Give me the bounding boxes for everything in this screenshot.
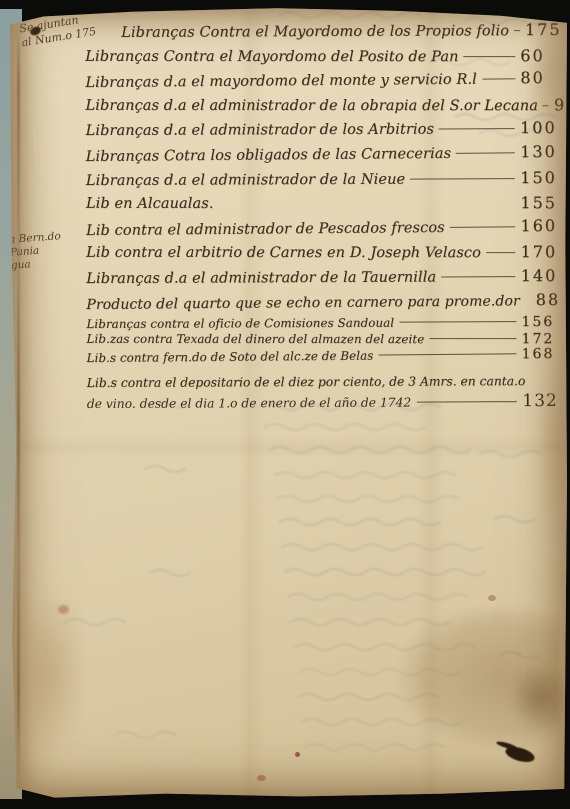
folio-number: 80 [520, 68, 556, 87]
index-entry: Libranças Contra el Mayordomo de los Pro… [85, 20, 556, 47]
leader-line [417, 401, 516, 402]
folio-number: 60 [520, 46, 556, 65]
folio-number: 140 [521, 266, 558, 285]
index-entry: Lib contra el arbitrio de Carnes en D. J… [86, 242, 557, 267]
entry-text: Lib contra el administrador de Pescados … [86, 220, 445, 239]
leader-line [482, 78, 516, 79]
index-entry: Lib.s contra fern.do de Soto del alc.ze … [87, 346, 558, 367]
index-entry: Libranças Cotra los obligados de las Car… [86, 142, 557, 171]
index-entry: Libranças d.a el administrador de la obr… [86, 95, 557, 120]
stain [15, 587, 85, 757]
entry-text: Libranças contra el oficio de Comisiones… [86, 315, 394, 330]
stain-speck [257, 775, 266, 781]
stain-speck [58, 605, 69, 614]
folio-number: 175 [525, 20, 561, 39]
index-entry: Producto del quarto que se echo en carne… [86, 289, 557, 316]
leader-line [456, 152, 515, 154]
index-entry-final: Lib.s contra el depositario de el diez p… [87, 374, 558, 413]
entry-text: Lib en Alcaualas. [86, 196, 214, 212]
entry-text-line2: de vino. desde el dia 1.o de enero de el… [87, 396, 411, 411]
entry-text: Producto del quarto que se echo en carne… [86, 293, 520, 313]
leader-line [450, 226, 516, 228]
index-entry: Libranças d.a el administrador de la Nie… [86, 168, 557, 195]
stain [400, 607, 560, 747]
index-entry: Libranças Contra el Mayordomo del Posito… [85, 45, 556, 70]
index-entry: Libranças d.a el administrador de la Tau… [86, 266, 557, 293]
leader-line [486, 252, 516, 253]
leader-line [410, 178, 515, 179]
stain [508, 662, 570, 732]
folio-number: 88 [536, 289, 570, 308]
folio-number: 132 [522, 391, 558, 411]
margin-note-paniagua: a Bern.do Pania gua [9, 228, 92, 273]
leader-line [441, 276, 516, 277]
stain-speck [488, 595, 496, 601]
index-list: Libranças Contra el Mayordomo de los Pro… [85, 20, 558, 413]
entry-text: Lib contra el arbitrio de Carnes en D. J… [86, 245, 481, 261]
folio-number: 130 [520, 142, 557, 161]
entry-text: Libranças Contra el Mayordomo del Posito… [85, 48, 458, 64]
folio-number: 100 [520, 118, 557, 137]
entry-text: Libranças d.a el administrador de la Tau… [86, 269, 436, 287]
entry-text: Lib.zas contra Texada del dinero del alm… [87, 332, 425, 346]
index-entry: Libranças d.a el mayordomo del monte y s… [85, 68, 556, 97]
leader-line [543, 105, 549, 106]
folio-number: 160 [520, 216, 557, 235]
entry-text: Libranças d.a el mayordomo del monte y s… [85, 72, 477, 91]
folio-number: 168 [522, 346, 558, 362]
leader-line [399, 321, 516, 323]
leader-line [378, 353, 516, 355]
folio-number: 155 [520, 193, 557, 212]
entry-text: Lib.s contra fern.do de Soto del alc.ze … [87, 349, 374, 366]
entry-text: Libranças d.a el administrador de los Ar… [86, 122, 434, 140]
leader-line [514, 30, 520, 31]
manuscript-scan: Se ajuntan al Num.o 175 a Bern.do Pania … [0, 0, 570, 809]
index-entry: Lib en Alcaualas. 155 [86, 193, 557, 218]
entry-text: Libranças d.a el administrador de la Nie… [86, 171, 405, 188]
ink-blot [504, 744, 536, 765]
manuscript-page: Se ajuntan al Num.o 175 a Bern.do Pania … [10, 7, 567, 800]
stain-speck [295, 752, 300, 757]
entry-text: Libranças d.a el administrador de la obr… [86, 98, 538, 114]
folio-number: 170 [521, 243, 558, 262]
index-entry: Libranças d.a el administrador de los Ar… [86, 118, 557, 145]
entry-text: Libranças Cotra los obligados de las Car… [86, 146, 452, 165]
folio-number: 90 [554, 95, 570, 114]
leader-line [429, 338, 516, 339]
index-entry: Lib contra el administrador de Pescados … [86, 216, 557, 245]
leader-line [439, 129, 515, 130]
entry-text: Libranças Contra el Mayordomo de los Pro… [121, 23, 509, 41]
folio-number: 156 [521, 314, 557, 330]
folio-number: 150 [520, 168, 557, 187]
entry-text: Lib.s contra el depositario de el diez p… [87, 374, 558, 390]
binding-crease [17, 23, 20, 784]
leader-line [464, 56, 516, 57]
